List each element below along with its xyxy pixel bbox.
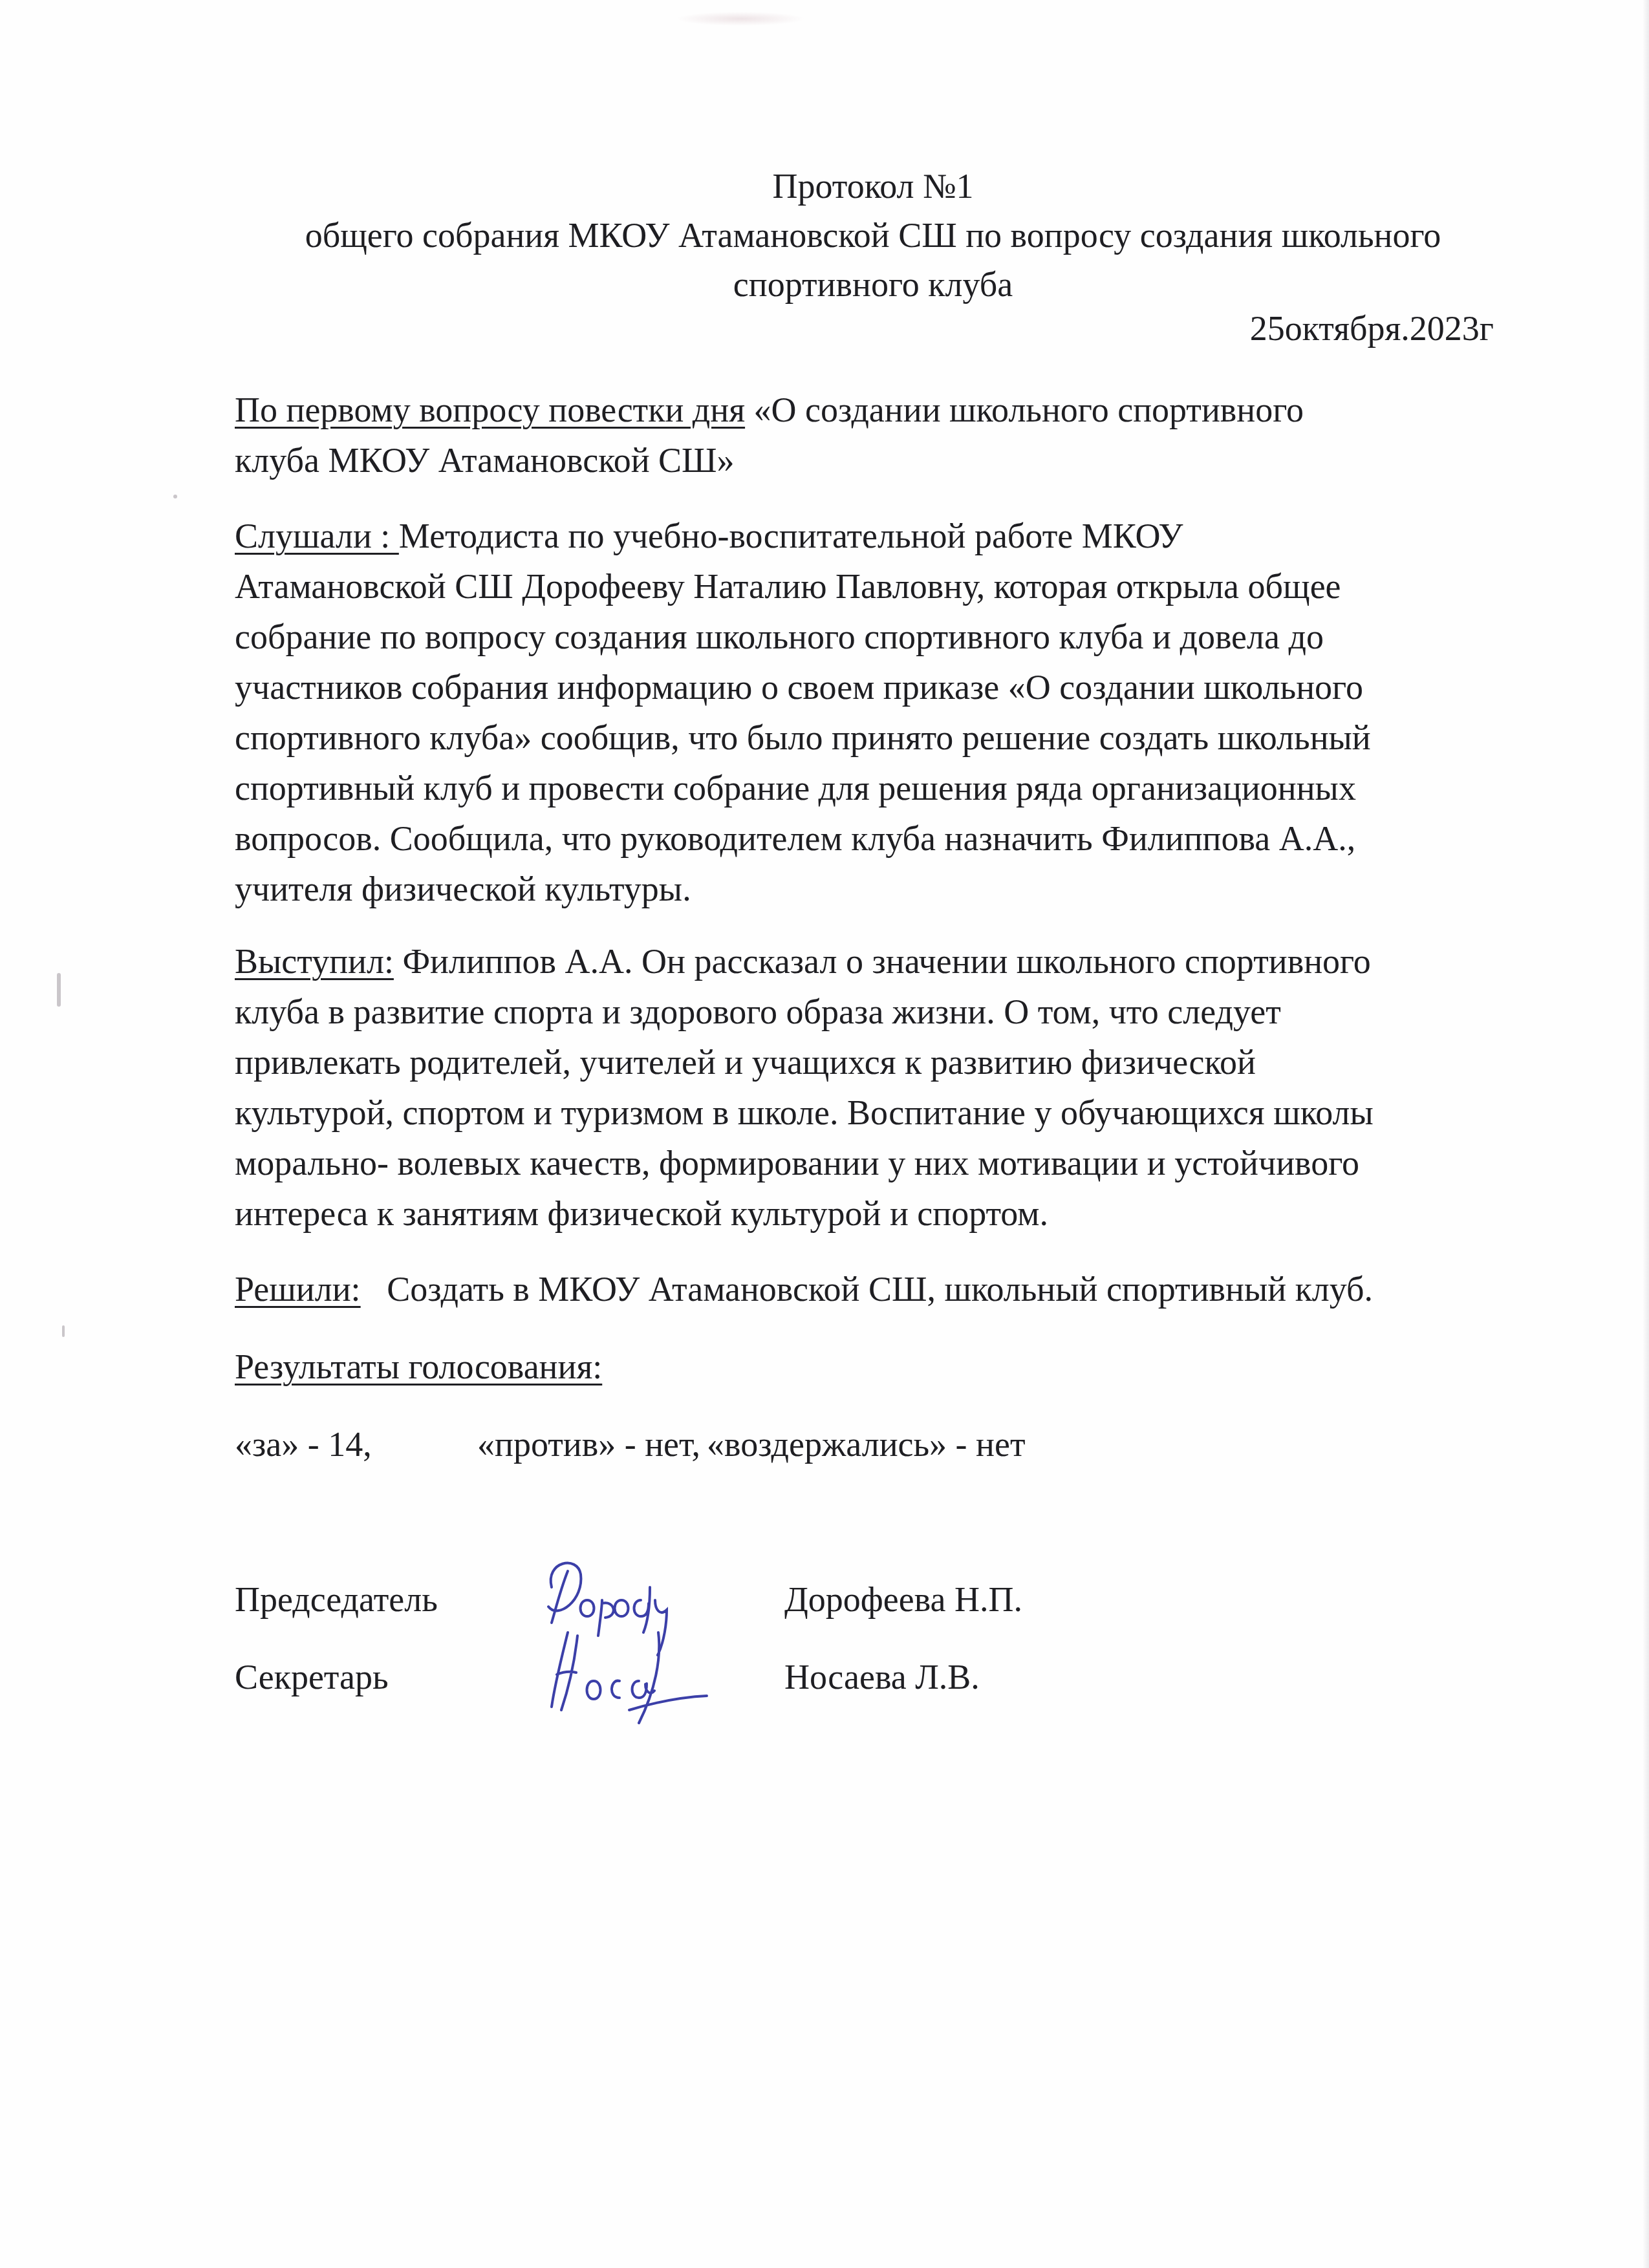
agenda-text: «О создании школьного спортивного [745, 390, 1304, 429]
spoke-line: клуба в развитие спорта и здорового обра… [235, 987, 1489, 1037]
decided-text: Создать в МКОУ Атамановской СШ, школьный… [361, 1270, 1373, 1309]
heard-line: Атамановской СШ Дорофееву Наталию Павлов… [235, 561, 1489, 612]
document-title: Протокол №1 [194, 162, 1552, 211]
spoke-line: интереса к занятиям физической культурой… [235, 1188, 1489, 1239]
heard-line: вопросов. Сообщила, что руководителем кл… [235, 813, 1489, 864]
signature-row-secretary: Секретарь Носаева Л.В. [235, 1652, 1205, 1729]
spoke-line-1: Выступил: Филиппов А.А. Он рассказал о з… [235, 936, 1489, 987]
voting-label: Результаты голосования: [235, 1347, 602, 1386]
margin-mark [62, 1325, 65, 1337]
vote-for: «за» - 14, [235, 1419, 477, 1470]
page-edge-shadow [1643, 0, 1649, 2268]
spoke-line: культурой, спортом и туризмом в школе. В… [235, 1087, 1489, 1138]
agenda-line-2: клуба МКОУ Атамановской СШ» [235, 435, 1489, 486]
agenda-line-1: По первому вопросу повестки дня «О созда… [235, 385, 1489, 435]
heard-line: спортивного клуба» сообщив, что было при… [235, 712, 1489, 763]
heard-section: Слушали : Методиста по учебно-воспитател… [235, 511, 1489, 914]
voting-label-line: Результаты голосования: [235, 1342, 1489, 1392]
handwritten-signature-icon [532, 1620, 713, 1729]
margin-mark [173, 495, 177, 498]
agenda-label: По первому вопросу повестки дня [235, 390, 745, 429]
heard-label: Слушали : [235, 517, 399, 555]
spoke-label: Выступил: [235, 942, 394, 981]
decided-section: Решили: Создать в МКОУ Атамановской СШ, … [235, 1264, 1489, 1314]
signature-row-chairman: Председатель Дорофеева Н.П. [235, 1574, 1205, 1652]
signatory-name: Носаева Л.В. [784, 1652, 980, 1702]
spoke-line: морально- волевых качеств, формировании … [235, 1138, 1489, 1188]
voting-results: «за» - 14,«против» - нет,«воздержались» … [235, 1419, 1026, 1470]
vote-abstained: «воздержались» - нет [707, 1419, 1026, 1470]
document-subtitle-line-2: спортивного клуба [194, 260, 1552, 309]
scan-artifact [676, 12, 805, 26]
heard-text: Методиста по учебно-воспитательной работ… [399, 517, 1183, 555]
document-subtitle-line-1: общего собрания МКОУ Атамановской СШ по … [194, 211, 1552, 260]
heard-line: участников собрания информацию о своем п… [235, 662, 1489, 712]
spoke-section: Выступил: Филиппов А.А. Он рассказал о з… [235, 936, 1489, 1239]
decided-label: Решили: [235, 1270, 361, 1309]
signatory-name: Дорофеева Н.П. [784, 1574, 1022, 1625]
heard-line-1: Слушали : Методиста по учебно-воспитател… [235, 511, 1489, 561]
document-header: Протокол №1 общего собрания МКОУ Атамано… [194, 162, 1552, 309]
signature-role: Председатель [235, 1574, 438, 1625]
document-page: Протокол №1 общего собрания МКОУ Атамано… [0, 0, 1649, 2268]
signature-role: Секретарь [235, 1652, 389, 1702]
spoke-line: привлекать родителей, учителей и учащихс… [235, 1037, 1489, 1087]
margin-mark [57, 973, 61, 1007]
heard-line: собрание по вопросу создания школьного с… [235, 612, 1489, 662]
document-date: 25октября.2023г [1250, 304, 1494, 353]
heard-line: спортивный клуб и провести собрание для … [235, 763, 1489, 813]
vote-against: «против» - нет, [477, 1419, 707, 1470]
agenda-section: По первому вопросу повестки дня «О созда… [235, 385, 1489, 486]
voting-section: Результаты голосования: [235, 1342, 1489, 1392]
heard-line: учителя физической культуры. [235, 864, 1489, 914]
spoke-text: Филиппов А.А. Он рассказал о значении шк… [394, 942, 1371, 981]
decided-line: Решили: Создать в МКОУ Атамановской СШ, … [235, 1264, 1489, 1314]
